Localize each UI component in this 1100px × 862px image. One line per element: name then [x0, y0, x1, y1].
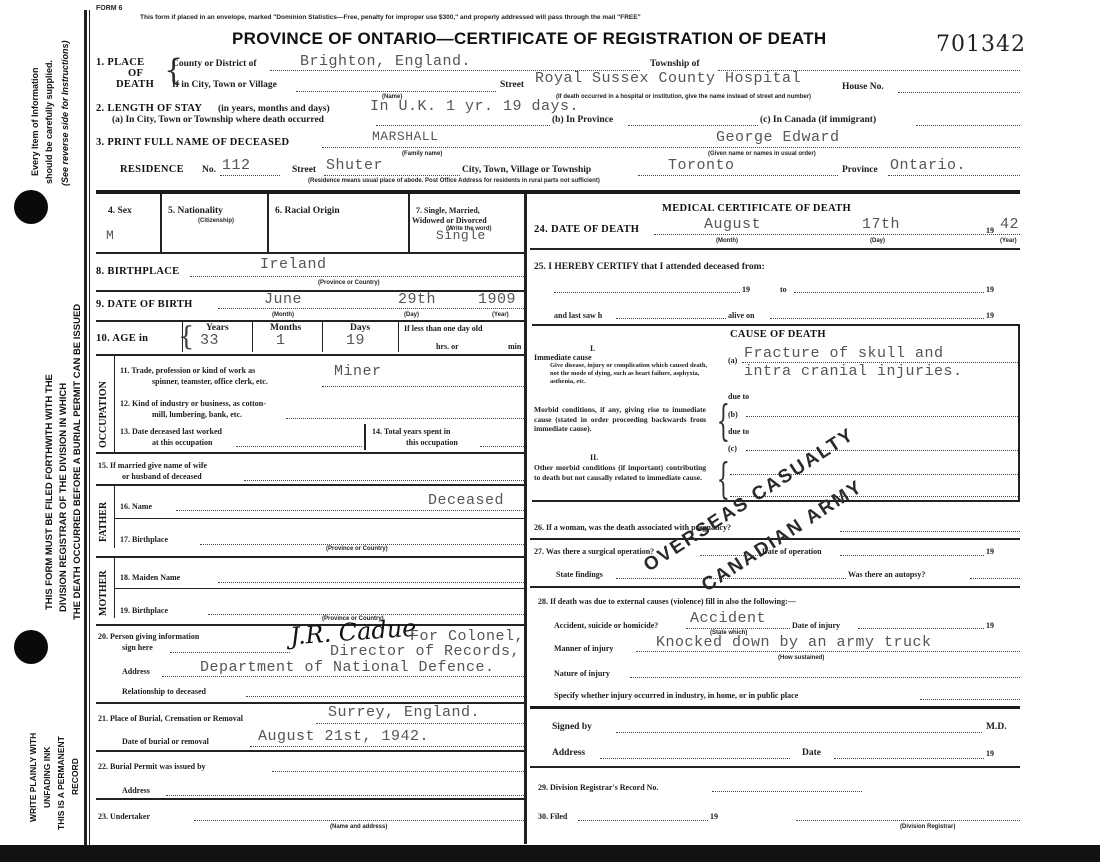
burial-permit-label: 22. Burial Permit was issued by	[98, 762, 206, 771]
cell-divider	[182, 322, 183, 352]
filed-19: 19	[710, 812, 718, 821]
informant-sign-line	[170, 652, 290, 653]
father-name-label: 16. Name	[120, 502, 152, 511]
residence-no-line	[220, 175, 280, 176]
cell-divider	[160, 194, 162, 252]
specify-location-label: Specify whether injury occurred in indus…	[554, 691, 798, 700]
industry-line	[286, 418, 524, 419]
family-name-hint: (Family name)	[402, 151, 442, 157]
physician-address-line	[600, 758, 790, 759]
stay-canada-label: (c) In Canada (if immigrant)	[760, 115, 876, 125]
county-label: County or District of	[172, 59, 257, 69]
residence-street-line	[324, 175, 460, 176]
row-divider	[96, 484, 524, 486]
attended-to-line	[794, 292, 984, 293]
stay-province-label: (b) In Province	[552, 115, 613, 125]
age-label: 10. AGE in	[96, 333, 148, 344]
dod-month-value[interactable]: August	[704, 216, 761, 233]
accident-label: Accident, suicide or homicide?	[554, 621, 658, 630]
residence-no-value[interactable]: 112	[222, 157, 251, 174]
residence-city-line	[638, 175, 838, 176]
total-years-label-1: 14. Total years spent in	[372, 427, 450, 436]
injury-date-label: Date of injury	[792, 621, 840, 630]
father-side-divider	[114, 486, 115, 548]
morbid-label: Morbid conditions, if any, giving rise t…	[534, 405, 706, 434]
hrs-label: hrs. or	[436, 342, 459, 351]
dob-month-value[interactable]: June	[264, 291, 302, 308]
nature-label: Nature of injury	[554, 669, 610, 678]
cause-a-dotline	[742, 362, 1018, 363]
punch-hole-bottom	[14, 630, 48, 664]
physician-date-label: Date	[802, 748, 821, 758]
father-birthplace-line	[200, 544, 524, 545]
burial-place-label: 21. Place of Burial, Cremation or Remova…	[98, 714, 243, 723]
pregnancy-line	[840, 531, 1020, 532]
dod-day-value[interactable]: 17th	[862, 216, 900, 233]
cause-b-label: (b)	[728, 410, 738, 419]
informant-address-line	[162, 676, 524, 677]
length-of-stay-value[interactable]: In U.K. 1 yr. 19 days.	[370, 98, 579, 115]
row-divider	[96, 320, 524, 322]
day-hint: (Day)	[404, 312, 419, 318]
house-label: House No.	[842, 82, 884, 92]
division-registrar-line	[796, 820, 1020, 821]
row-divider	[96, 750, 524, 752]
father-name-value[interactable]: Deceased	[428, 492, 504, 509]
header-divider	[96, 190, 1020, 194]
row-divider	[530, 766, 1020, 768]
margin-note-info-1: Every Item of Information	[30, 67, 40, 176]
residence-city-label: City, Town, Village or Township	[462, 165, 591, 175]
cause-a-line-2[interactable]: intra cranial injuries.	[744, 363, 963, 380]
trade-label-1: 11. Trade, profession or kind of work as	[120, 366, 255, 375]
margin-filing-note-3: THE DEATH OCCURRED BEFORE A BURIAL PERMI…	[72, 304, 83, 620]
sex-value[interactable]: M	[106, 228, 114, 243]
due-to-2: due to	[728, 427, 749, 436]
informant-address-value[interactable]: Department of National Defence.	[200, 659, 495, 676]
length-of-stay-label: 2. LENGTH OF STAY	[96, 103, 202, 114]
column-divider	[524, 194, 527, 844]
less-than-day-label: If less than one day old	[404, 324, 482, 333]
burial-date-label: Date of burial or removal	[122, 737, 209, 746]
undertaker-line	[194, 820, 524, 821]
margin-ink-note-4: RECORD	[70, 758, 80, 795]
form-label: FORM 6	[96, 5, 122, 12]
stay-province-line	[628, 125, 758, 126]
informant-label-1: 20. Person giving information	[98, 632, 199, 641]
row-divider	[530, 586, 1020, 588]
city-label: If in City, Town or Village	[172, 80, 277, 90]
name-line	[322, 147, 1020, 148]
row-divider	[96, 798, 524, 800]
injury-date-line	[858, 628, 984, 629]
residence-province-label: Province	[842, 165, 878, 175]
county-value[interactable]: Brighton, England.	[300, 53, 471, 70]
father-birthplace-label: 17. Birthplace	[120, 535, 168, 544]
dod-year-value[interactable]: 42	[1000, 216, 1019, 233]
margin-ink-note-2: UNFADING INK	[42, 747, 52, 808]
deceased-name-label: 3. PRINT FULL NAME OF DECEASED	[96, 137, 289, 148]
residence-no-label: No.	[202, 165, 216, 175]
age-days-value[interactable]: 19	[346, 332, 365, 349]
signed-by-line	[616, 732, 982, 733]
cause-a-line-1[interactable]: Fracture of skull and	[744, 345, 944, 362]
cell-divider	[252, 322, 253, 352]
dob-label: 9. DATE OF BIRTH	[96, 299, 193, 310]
father-side-label: FATHER	[98, 502, 109, 542]
postal-notice: This form if placed in an envelope, mark…	[140, 14, 641, 21]
birthplace-label: 8. BIRTHPLACE	[96, 266, 179, 277]
row-divider	[96, 354, 524, 356]
alive-on-line	[770, 318, 984, 319]
row-divider	[96, 556, 524, 558]
age-months-value[interactable]: 1	[276, 332, 286, 349]
mother-maiden-label: 18. Maiden Name	[120, 573, 180, 582]
burial-permit-line	[272, 771, 524, 772]
street-label: Street	[500, 80, 524, 90]
row-divider	[114, 518, 524, 519]
residence-city-value[interactable]: Toronto	[668, 157, 735, 174]
year-hint: (Year)	[492, 312, 509, 318]
nationality-label: 5. Nationality	[168, 206, 223, 216]
month-hint: (Month)	[272, 312, 294, 318]
burial-permit-address-line	[166, 795, 524, 796]
autopsy-label: Was there an autopsy?	[848, 570, 925, 579]
informant-label-2: sign here	[122, 643, 153, 652]
birthplace-value[interactable]: Ireland	[260, 256, 327, 273]
residence-province-value[interactable]: Ontario.	[890, 157, 966, 174]
cell-divider	[398, 322, 399, 352]
trade-line	[322, 386, 524, 387]
industry-label-1: 12. Kind of industry or business, as cot…	[120, 399, 266, 408]
occupation-side-label: OCCUPATION	[98, 381, 109, 448]
mother-side-label: MOTHER	[98, 570, 109, 616]
last-saw-label: and last saw h	[554, 311, 602, 320]
immediate-hint: Give disease, injury or complication whi…	[550, 362, 710, 386]
due-to-1: due to	[728, 392, 749, 401]
cause-b-line	[746, 416, 1018, 417]
row-divider	[114, 588, 524, 589]
dob-line	[218, 308, 524, 309]
residence-street-value[interactable]: Shuter	[326, 157, 383, 174]
nature-line	[630, 677, 1020, 678]
racial-origin-label: 6. Racial Origin	[275, 206, 340, 216]
cause-c-line	[746, 450, 1018, 451]
spouse-label-2: or husband of deceased	[122, 472, 202, 481]
row-divider	[530, 248, 1020, 250]
cause-a-label: (a)	[728, 356, 737, 365]
min-label: min	[508, 342, 521, 351]
last-worked-label-1: 13. Date deceased last worked	[120, 427, 222, 436]
mother-maiden-line	[218, 582, 524, 583]
family-name-value[interactable]: MARSHALL	[372, 129, 438, 144]
medical-title: MEDICAL CERTIFICATE OF DEATH	[662, 203, 851, 214]
trade-label-2: spinner, teamster, office clerk, etc.	[152, 377, 268, 386]
relationship-label: Relationship to deceased	[122, 687, 206, 696]
residence-street-label: Street	[292, 165, 316, 175]
row-divider	[96, 252, 524, 254]
md-label: M.D.	[986, 722, 1007, 732]
township-label: Township of	[650, 59, 700, 69]
dob-year-value[interactable]: 1909	[478, 291, 516, 308]
frame-left-border-inner	[89, 10, 90, 845]
how-sustained-hint: (How sustained)	[778, 655, 824, 661]
margin-filing-note-1: THIS FORM MUST BE FILED FORTHWITH WITH T…	[44, 374, 55, 610]
manner-label: Manner of injury	[554, 644, 613, 653]
nationality-hint: (Citizenship)	[198, 218, 234, 224]
age-brace: {	[178, 322, 195, 352]
cell-divider	[408, 194, 410, 252]
last-saw-line	[616, 318, 726, 319]
cell-divider	[267, 194, 269, 252]
manner-line	[636, 651, 1020, 652]
certificate-title: PROVINCE OF ONTARIO—CERTIFICATE OF REGIS…	[232, 29, 826, 49]
specify-location-line	[920, 699, 1020, 700]
place-of-death-label-of: OF	[128, 68, 143, 79]
last-worked-line	[236, 446, 362, 447]
city-line	[296, 91, 496, 92]
other-morbid-label: Other morbid conditions (if important) c…	[534, 463, 706, 482]
certify-label: 25. I HEREBY CERTIFY that I attended dec…	[534, 262, 765, 272]
operation-date-line	[840, 555, 984, 556]
residence-province-line	[888, 175, 1020, 176]
cell-divider	[322, 322, 323, 352]
last-worked-label-2: at this occupation	[152, 438, 212, 447]
physician-date-19: 19	[986, 749, 994, 758]
total-years-label-2: this occupation	[406, 438, 458, 447]
place-of-death-label: 1. PLACE	[96, 57, 145, 68]
external-causes-label: 28. If death was due to external causes …	[538, 597, 796, 606]
age-years-value[interactable]: 33	[200, 332, 219, 349]
dod-month-hint: (Month)	[716, 238, 738, 244]
attended-to-19: 19	[986, 285, 994, 294]
mother-birthplace-label: 19. Birthplace	[120, 606, 168, 615]
trade-value[interactable]: Miner	[334, 363, 382, 380]
birthplace-hint: (Province or Country)	[318, 280, 380, 286]
surgery-label: 27. Was there a surgical operation?	[534, 547, 654, 556]
margin-ink-note-1: WRITE PLAINLY WITH	[28, 733, 38, 822]
margin-ink-note-3: THIS IS A PERMANENT	[56, 736, 66, 830]
immediate-num: I.	[590, 344, 595, 353]
accident-value[interactable]: Accident	[690, 610, 766, 627]
dod-line	[654, 234, 1020, 235]
industry-label-2: mill, lumbering, bank, etc.	[152, 410, 242, 419]
spouse-label-1: 15. If married give name of wife	[98, 461, 207, 470]
burial-permit-address-label: Address	[122, 786, 150, 795]
marital-value[interactable]: Single	[436, 228, 486, 243]
dod-year-hint: (Year)	[1000, 238, 1017, 244]
other-brace: {	[717, 458, 730, 500]
sex-label: 4. Sex	[108, 206, 132, 216]
record-no-label: 29. Division Registrar's Record No.	[538, 783, 658, 792]
filed-line	[578, 820, 708, 821]
manner-value[interactable]: Knocked down by an army truck	[656, 634, 932, 651]
burial-place-value[interactable]: Surrey, England.	[328, 704, 480, 721]
mother-birthplace-line	[208, 614, 524, 615]
row-divider	[96, 452, 524, 454]
burial-place-line	[316, 723, 524, 724]
house-line	[898, 92, 1020, 93]
alive-on-19: 19	[986, 311, 994, 320]
place-of-death-label-death: DEATH	[116, 79, 154, 90]
injury-19: 19	[986, 621, 994, 630]
undertaker-hint: (Name and address)	[330, 824, 387, 830]
total-years-line	[480, 446, 524, 447]
stay-canada-line	[916, 125, 1020, 126]
signed-by-label: Signed by	[552, 722, 592, 732]
undertaker-label: 23. Undertaker	[98, 812, 150, 821]
burial-date-line	[250, 746, 524, 747]
certificate-number: 701342	[936, 32, 1026, 57]
scan-bottom-edge	[0, 845, 1100, 862]
cell-divider	[364, 424, 366, 450]
stay-city-label: (a) In City, Town or Township where deat…	[112, 115, 324, 125]
dob-day-value[interactable]: 29th	[398, 291, 436, 308]
frame-left-border	[84, 10, 87, 845]
residence-label: RESIDENCE	[120, 164, 184, 175]
margin-note-instructions: (See reverse side for Instructions)	[60, 40, 70, 186]
other-num: II.	[590, 453, 598, 462]
spouse-line	[244, 480, 524, 481]
autopsy-line	[970, 578, 1020, 579]
length-of-stay-hint: (in years, months and days)	[218, 104, 330, 114]
dod-label: 24. DATE OF DEATH	[534, 224, 639, 235]
attended-from-19: 19	[742, 285, 750, 294]
operation-19: 19	[986, 547, 994, 556]
father-name-line	[176, 510, 524, 511]
punch-hole-top	[14, 190, 48, 224]
row-divider	[96, 290, 524, 292]
record-no-line	[712, 791, 862, 792]
marital-label-2: Widowed or Divorced	[412, 216, 487, 225]
findings-label: State findings	[556, 570, 603, 579]
birthplace-line	[190, 276, 524, 277]
informant-address-label: Address	[122, 667, 150, 676]
accident-line	[686, 628, 790, 629]
division-registrar-hint: (Division Registrar)	[900, 824, 955, 830]
margin-filing-note-2: DIVISION REGISTRAR OF THE DIVISION IN WH…	[58, 383, 69, 612]
cause-c-label: (c)	[728, 444, 737, 453]
marital-label-1: 7. Single, Married,	[416, 206, 480, 215]
institution-hint: (If death occurred in a hospital or inst…	[556, 94, 811, 100]
row-divider	[530, 706, 1020, 709]
cause-title: CAUSE OF DEATH	[730, 329, 826, 340]
father-birthplace-hint: (Province or Country)	[326, 546, 388, 552]
attended-from-line	[554, 292, 740, 293]
physician-date-line	[834, 758, 984, 759]
dod-day-hint: (Day)	[870, 238, 885, 244]
stay-city-line	[376, 125, 550, 126]
immediate-label: Immediate cause	[534, 353, 592, 362]
burial-date-value[interactable]: August 21st, 1942.	[258, 728, 429, 745]
alive-on-label: alive on	[728, 311, 754, 320]
residence-hint: (Residence means usual place of abode. P…	[308, 178, 600, 184]
attended-to-label: to	[780, 285, 787, 294]
filed-label: 30. Filed	[538, 812, 567, 821]
occupation-side-divider	[114, 356, 115, 452]
margin-note-info-2: should be carefully supplied.	[44, 60, 54, 184]
months-label: Months	[270, 323, 301, 333]
physician-address-label: Address	[552, 748, 585, 758]
informant-line-2: Director of Records,	[330, 643, 520, 660]
street-value[interactable]: Royal Sussex County Hospital	[535, 70, 801, 87]
relationship-line	[246, 696, 524, 697]
given-names-value[interactable]: George Edward	[716, 129, 840, 146]
